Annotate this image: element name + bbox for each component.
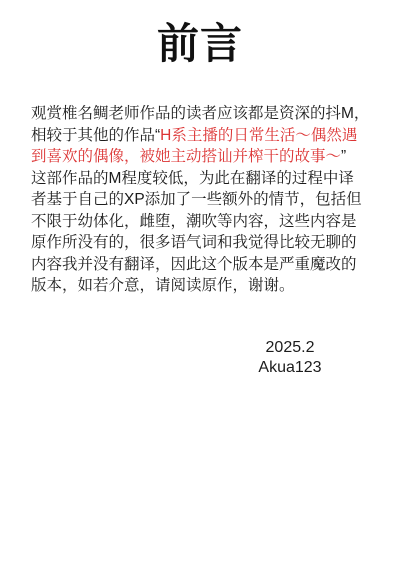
text-segment: 内容我并没有翻译，因此这个版本是严重魔改的: [31, 256, 357, 273]
text-segment: 原作所没有的，很多语气词和我觉得比较无聊的: [31, 234, 357, 251]
preface-text: 观赏椎名鲷老师作品的读者应该都是资深的抖M，相较于其他的作品“H系主播的日常生活…: [31, 103, 373, 297]
text-segment: 不限于幼体化，雌堕，潮吹等内容，这些内容是: [31, 213, 357, 230]
text-segment: 相较于其他的作品“: [31, 127, 160, 144]
text-segment: 观赏椎名鲷老师作品的读者应该都是资深的抖M，: [31, 105, 369, 122]
date-text: 2025.2: [240, 338, 340, 358]
text-line: 原作所没有的，很多语气词和我觉得比较无聊的: [31, 232, 373, 254]
text-line: 版本，如若介意，请阅读原作，谢谢。: [31, 275, 373, 297]
text-line: 内容我并没有翻译，因此这个版本是严重魔改的: [31, 254, 373, 276]
text-line: 到喜欢的偶像，被她主动搭讪并榨干的故事～”: [31, 146, 373, 168]
highlighted-title-text: 到喜欢的偶像，被她主动搭讪并榨干的故事～: [31, 148, 341, 165]
page-title: 前言: [0, 19, 400, 69]
text-segment: ”: [341, 148, 346, 165]
footer: 2025.2 Akua123: [240, 338, 340, 378]
text-line: 相较于其他的作品“H系主播的日常生活～偶然遇: [31, 125, 373, 147]
text-line: 这部作品的M程度较低，为此在翻译的过程中译: [31, 168, 373, 190]
text-line: 不限于幼体化，雌堕，潮吹等内容，这些内容是: [31, 211, 373, 233]
text-segment: 这部作品的M程度较低，为此在翻译的过程中译: [31, 170, 354, 187]
author-text: Akua123: [240, 358, 340, 378]
text-line: 者基于自己的XP添加了一些额外的情节，包括但: [31, 189, 373, 211]
highlighted-title-text: H系主播的日常生活～偶然遇: [160, 127, 357, 144]
text-line: 观赏椎名鲷老师作品的读者应该都是资深的抖M，: [31, 103, 373, 125]
preface-page: { "page": { "title": "前言", "colors": { "…: [0, 0, 400, 566]
text-segment: 者基于自己的XP添加了一些额外的情节，包括但: [31, 191, 362, 208]
text-segment: 版本，如若介意，请阅读原作，谢谢。: [31, 277, 295, 294]
